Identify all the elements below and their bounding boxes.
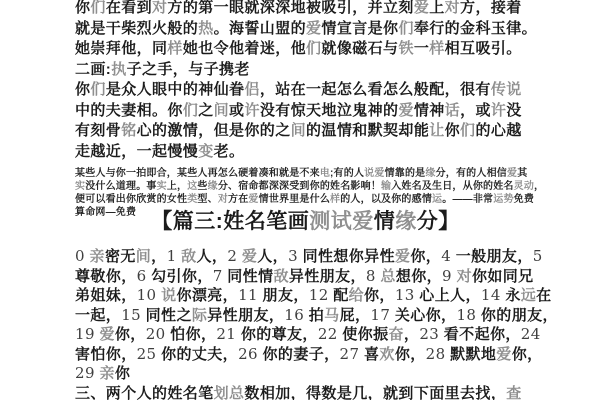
numeral: 1 (167, 247, 177, 265)
numeral: 7 (213, 267, 223, 285)
light-glyph: 爱 (414, 0, 429, 16)
light-glyph: 给 (349, 287, 364, 304)
light-glyph: 实 (75, 181, 85, 192)
light-glyph: 际 (192, 307, 207, 324)
light-glyph: 执 (111, 61, 126, 78)
light-glyph: 铭 (121, 122, 136, 139)
light-glyph: 爱 (306, 20, 321, 37)
light-glyph: 对 (457, 268, 472, 285)
light-glyph: 划总 (214, 385, 245, 400)
text-line: 某些人与你一拍即合，某些人再怎么硬着凑和就是不来电;有的人说爱情靠的是缘分，有的… (75, 167, 536, 180)
light-glyph: 们 (183, 102, 198, 119)
light-glyph: 铁 (398, 40, 413, 57)
numeral: 16 (284, 306, 304, 324)
light-glyph: 许 (244, 102, 259, 119)
numeral: 24 (521, 325, 541, 343)
text-line: 你们在看到对方的第一眼就深深地被吸引，并立刻爱上对方，接着 (75, 0, 536, 19)
text-line: 二画:执子之手，与子携老 (75, 60, 536, 81)
light-glyph: 爱 (398, 102, 413, 119)
light-glyph: 亲 (90, 248, 105, 265)
text-line: 三、两个人的姓名笔划总数相加，得数是几，就到下面里去找，查 (75, 384, 536, 400)
light-glyph: 间 (291, 122, 306, 139)
document-page: 你们在看到对方的第一眼就深深地被吸引，并立刻爱上对方，接着就是干柴烈火般的热。海… (0, 0, 600, 400)
light-glyph: 远 (521, 287, 536, 304)
light-glyph: 样 (429, 40, 444, 57)
numeral: 23 (419, 325, 439, 343)
light-glyph: 类 (187, 194, 197, 205)
light-glyph: 热 (198, 20, 213, 37)
numeral: 6 (137, 267, 147, 285)
instruction-line: 三、两个人的姓名笔划总数相加，得数是几，就到下面里去找，查 (75, 384, 536, 400)
light-glyph: 样 (330, 194, 340, 205)
numeral: 21 (216, 325, 236, 343)
stroke2-paragraph: 你们是众人眼中的神仙眷侣，站在一起怎么看怎么般配，很有传说中的夫妻相。你们之间或… (75, 80, 536, 162)
light-glyph: 变 (198, 143, 213, 160)
text-line: 19 爱你，20 怕你，21 你的尊友，22 使你振奋，23 看不起你，24 (75, 325, 536, 345)
light-glyph: 缘 (395, 210, 417, 233)
light-glyph: 爱 (242, 248, 257, 265)
stroke-meanings-list: 0 亲密无间，1 敌人，2 爱人，3 同性想你异性爱你，4 一般朋友，5尊敬你，… (75, 247, 536, 384)
document-content: 你们在看到对方的第一眼就深深地被吸引，并立刻爱上对方，接着就是干柴烈火般的热。海… (0, 0, 600, 400)
numeral: 19 (75, 325, 95, 343)
light-glyph: 爱 (395, 248, 410, 265)
numeral: 4 (441, 247, 451, 265)
light-glyph: 总 (380, 268, 395, 285)
light-glyph: 说爱 (364, 168, 384, 179)
light-glyph: 话 (445, 102, 460, 119)
numeral: 15 (121, 306, 141, 324)
light-glyph: 让 (429, 122, 444, 139)
light-glyph: 们 (306, 40, 321, 57)
numeral: 27 (340, 345, 360, 363)
light-glyph: 爱 (496, 346, 511, 363)
light-glyph: 敌 (181, 248, 196, 265)
numeral: 12 (309, 286, 329, 304)
numeral: 25 (137, 345, 157, 363)
text-line: 她崇拜他，同样她也令他着迷，他们就像磁石与铁一样相互吸引。 (75, 39, 536, 60)
text-line: 中的夫妻相。你们之间或许没有惊天地泣鬼神的爱情神话，或许没 (75, 101, 536, 122)
light-glyph: 查 (506, 385, 521, 400)
numeral: 18 (456, 306, 476, 324)
text-line: 走越近，一起慢慢变老。 (75, 142, 536, 163)
text-line: 就是干柴烈火般的热。海誓山盟的爱情宣言是你们奉行的金科玉律。 (75, 19, 536, 40)
part3-heading: 【篇三:姓名笔画测试爱情缘分】 (75, 208, 536, 236)
light-glyph: 这 (187, 181, 197, 192)
light-glyph: 缘 (425, 168, 435, 179)
text-line: 尊敬你，6 勾引你，7 同性情敌异性朋友，8 总想你，9 对你如同兄 (75, 267, 536, 287)
numeral: 13 (395, 286, 415, 304)
numeral: 8 (366, 267, 376, 285)
light-glyph: 侣 (244, 81, 259, 98)
numeral: 3 (288, 247, 298, 265)
light-glyph: 马 (324, 307, 339, 324)
light-glyph: 敌 (273, 268, 288, 285)
light-glyph: 对 (218, 194, 228, 205)
text-line: 【篇三:姓名笔画测试爱情缘分】 (75, 208, 536, 236)
light-glyph: 说 (161, 287, 176, 304)
light-glyph: 间 (214, 102, 229, 119)
text-line: 29 亲你 (75, 364, 536, 384)
stroke2-heading: 二画:执子之手，与子携老 (75, 60, 536, 81)
numeral: 2 (227, 247, 237, 265)
light-glyph: 对 (152, 0, 167, 16)
numeral: 28 (426, 345, 446, 363)
text-line: 便可以看出你欣赏的女性类型、对方在爱情世界里是什么样的人，以及你的感情运。——非… (75, 193, 536, 206)
light-glyph: 样 (167, 40, 182, 57)
light-glyph: 灵动 (514, 181, 534, 192)
light-glyph: 实 (157, 181, 167, 192)
light-glyph: 对 (445, 0, 460, 16)
text-line: 一起，15 同性之际异性朋友，16 拍马屁，17 关心你，18 你的朋友， (75, 306, 536, 326)
opening-paragraph: 你们在看到对方的第一眼就深深地被吸引，并立刻爱上对方，接着就是干柴烈火般的热。海… (75, 0, 536, 60)
text-line: 弟姐妹，10 说你漂亮，11 朋友，12 配给你，13 心上人，14 永远在 (75, 286, 536, 306)
light-glyph: 奋 (389, 326, 404, 343)
text-line: 害怕你，25 你的丈夫，26 你的妻子，27 喜欢你，28 默默地爱你， (75, 345, 536, 365)
light-glyph: 输 (381, 181, 391, 192)
numeral: 0 (75, 247, 85, 265)
light-glyph: 们 (398, 20, 413, 37)
text-line: 0 亲密无间，1 敌人，2 爱人，3 同性想你异性爱你，4 一般朋友，5 (75, 247, 536, 267)
light-glyph: 测试爱 (309, 210, 374, 233)
light-glyph: 许 (491, 102, 506, 119)
numeral: 26 (238, 345, 258, 363)
numeral: 14 (481, 286, 501, 304)
numeral: 10 (137, 286, 157, 304)
light-glyph: 们 (460, 122, 475, 139)
text-line: 你们是众人眼中的神仙眷侣，站在一起怎么看怎么般配，很有传说 (75, 80, 536, 101)
light-glyph: 亲 (99, 365, 114, 382)
light-glyph: 缘 (208, 181, 218, 192)
light-glyph: 欢 (379, 346, 394, 363)
numeral: 5 (533, 247, 543, 265)
numeral: 17 (370, 306, 390, 324)
light-glyph: 们 (90, 81, 105, 98)
light-glyph: 运势 (493, 194, 513, 205)
light-glyph: 电 (320, 168, 330, 179)
text-line: 实没什么道理。事实上，这些缘分、宿命都深深受到你的姓名影响！输入姓名及生日，从你… (75, 180, 536, 193)
light-glyph: 们 (90, 0, 105, 16)
light-glyph: 传说 (491, 81, 522, 98)
numeral: 11 (238, 286, 258, 304)
light-glyph: 间 (136, 248, 151, 265)
numeral: 20 (146, 325, 166, 343)
numeral: 22 (318, 325, 338, 343)
light-glyph: 运 (432, 194, 442, 205)
numeral: 29 (75, 364, 95, 382)
light-glyph: 爱 (507, 168, 517, 179)
light-glyph: 爱 (248, 194, 258, 205)
text-line: 有刻骨铭心的激情，但是你的之间的温情和默契却能让你们的心越 (75, 121, 536, 142)
light-glyph: 爱 (99, 326, 114, 343)
numeral: 9 (442, 267, 452, 285)
